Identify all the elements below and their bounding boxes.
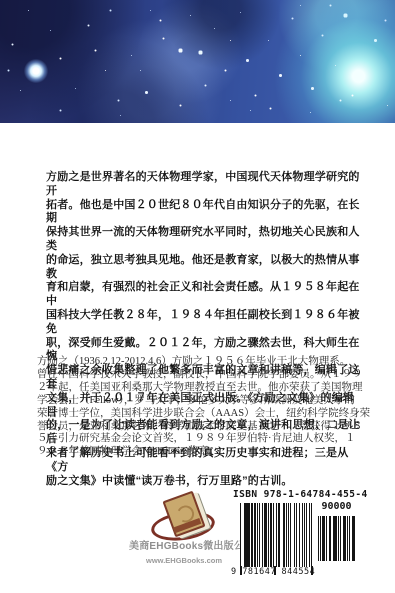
barcode-addon-code: 90000 — [318, 501, 355, 513]
star-field — [0, 0, 1, 1]
publisher-name: 美商EHGBooks微出版公司 — [129, 541, 239, 553]
isbn-barcode: ISBN 978-1-64784-455-4 90000 9 781647 84… — [233, 489, 358, 581]
ean13-bars — [240, 503, 313, 567]
book-back-cover: { "cover": { "image_alt": "starry-night-… — [0, 0, 395, 593]
publisher-website: www.EHGBooks.com — [129, 556, 239, 565]
starry-sky-image — [0, 0, 395, 123]
isbn-label: ISBN 978-1-64784-455-4 — [233, 489, 358, 500]
book-icon — [148, 493, 220, 540]
barcode-digits: 9 781647 844554 — [231, 567, 315, 577]
ean5-addon-bars — [318, 516, 355, 561]
publisher-logo: 美商EHGBooks微出版公司 www.EHGBooks.com — [129, 493, 239, 565]
author-bio-text: 方励之（1936.2.12-2012.4.6）方励之１９５６年毕业于北大物理系。… — [37, 356, 383, 459]
bright-star — [24, 59, 48, 83]
nebula-glow — [265, 0, 395, 123]
